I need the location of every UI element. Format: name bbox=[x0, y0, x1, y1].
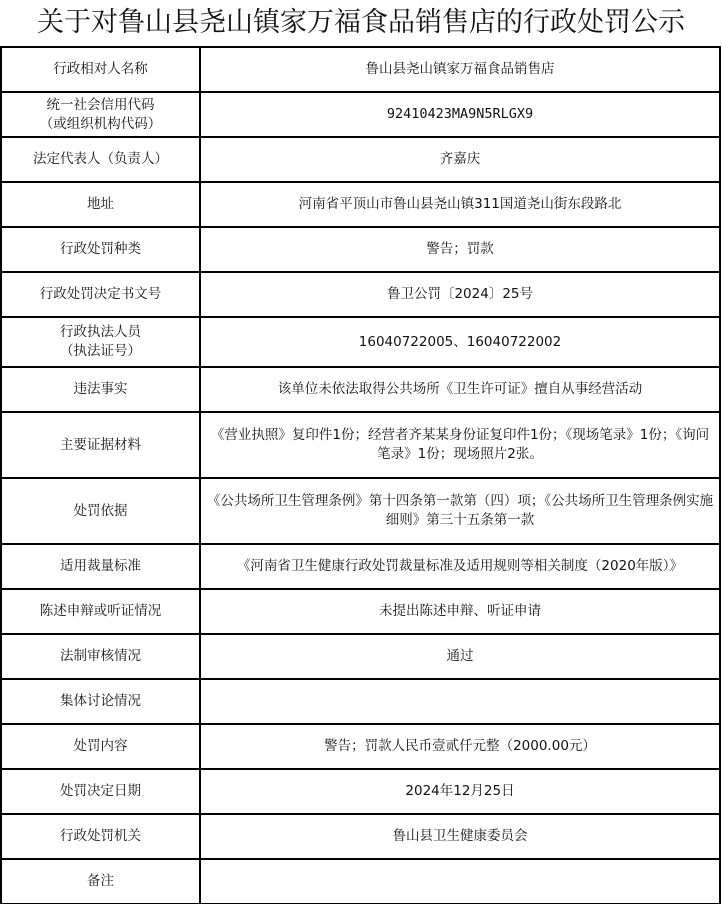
row-value: 河南省平顶山市鲁山县尧山镇311国道尧山街东段路北 bbox=[200, 182, 720, 227]
row-label: 行政处罚机关 bbox=[1, 814, 200, 859]
row-label: 行政处罚决定书文号 bbox=[1, 272, 200, 317]
row-label: 法定代表人（负责人） bbox=[1, 137, 200, 182]
table-row: 法制审核情况 通过 bbox=[1, 634, 720, 679]
table-row: 地址 河南省平顶山市鲁山县尧山镇311国道尧山街东段路北 bbox=[1, 182, 720, 227]
row-label: 行政执法人员 （执法证号） bbox=[1, 317, 200, 367]
row-value bbox=[200, 679, 720, 724]
row-label: 处罚内容 bbox=[1, 724, 200, 769]
row-label: 行政相对人名称 bbox=[1, 47, 200, 92]
row-label: 地址 bbox=[1, 182, 200, 227]
table-row: 处罚依据 《公共场所卫生管理条例》第十四条第一款第（四）项；《公共场所卫生管理条… bbox=[1, 478, 720, 544]
row-label: 备注 bbox=[1, 859, 200, 904]
table-row: 法定代表人（负责人） 齐嘉庆 bbox=[1, 137, 720, 182]
row-value: 警告；罚款 bbox=[200, 227, 720, 272]
row-value: 鲁山县尧山镇家万福食品销售店 bbox=[200, 47, 720, 92]
row-value: 《河南省卫生健康行政处罚裁量标准及适用规则等相关制度（2020年版）》 bbox=[200, 544, 720, 589]
row-label-line: 行政执法人员 bbox=[6, 323, 195, 342]
table-row: 集体讨论情况 bbox=[1, 679, 720, 724]
table-row: 行政处罚机关 鲁山县卫生健康委员会 bbox=[1, 814, 720, 859]
table-row: 适用裁量标准 《河南省卫生健康行政处罚裁量标准及适用规则等相关制度（2020年版… bbox=[1, 544, 720, 589]
page-title: 关于对鲁山县尧山镇家万福食品销售店的行政处罚公示 bbox=[0, 0, 722, 46]
row-label: 集体讨论情况 bbox=[1, 679, 200, 724]
table-row: 行政处罚决定书文号 鲁卫公罚〔2024〕25号 bbox=[1, 272, 720, 317]
row-value: 未提出陈述申辩、听证申请 bbox=[200, 589, 720, 634]
table-row: 处罚决定日期 2024年12月25日 bbox=[1, 769, 720, 814]
table-row: 违法事实 该单位未依法取得公共场所《卫生许可证》擅自从事经营活动 bbox=[1, 367, 720, 412]
row-label: 违法事实 bbox=[1, 367, 200, 412]
row-label-line: 统一社会信用代码 bbox=[6, 96, 195, 115]
table-row: 行政处罚种类 警告；罚款 bbox=[1, 227, 720, 272]
row-value: 16040722005、16040722002 bbox=[200, 317, 720, 367]
row-value: 齐嘉庆 bbox=[200, 137, 720, 182]
penalty-notice-table: 行政相对人名称 鲁山县尧山镇家万福食品销售店 统一社会信用代码 （或组织机构代码… bbox=[0, 46, 721, 904]
row-label: 处罚决定日期 bbox=[1, 769, 200, 814]
row-label: 统一社会信用代码 （或组织机构代码） bbox=[1, 92, 200, 137]
row-value: 鲁卫公罚〔2024〕25号 bbox=[200, 272, 720, 317]
table-row: 备注 bbox=[1, 859, 720, 904]
row-value: 警告；罚款人民币壹贰仟元整（2000.00元） bbox=[200, 724, 720, 769]
table-row: 处罚内容 警告；罚款人民币壹贰仟元整（2000.00元） bbox=[1, 724, 720, 769]
row-label: 主要证据材料 bbox=[1, 412, 200, 478]
row-label-line: （执法证号） bbox=[6, 342, 195, 361]
row-label: 适用裁量标准 bbox=[1, 544, 200, 589]
row-value bbox=[200, 859, 720, 904]
table-row: 行政相对人名称 鲁山县尧山镇家万福食品销售店 bbox=[1, 47, 720, 92]
row-value: 通过 bbox=[200, 634, 720, 679]
row-value: 鲁山县卫生健康委员会 bbox=[200, 814, 720, 859]
row-value: 该单位未依法取得公共场所《卫生许可证》擅自从事经营活动 bbox=[200, 367, 720, 412]
row-label-line: （或组织机构代码） bbox=[6, 115, 195, 134]
row-value: 《营业执照》复印件1份；经营者齐某某身份证复印件1份；《现场笔录》1份；《询问笔… bbox=[200, 412, 720, 478]
row-value: 《公共场所卫生管理条例》第十四条第一款第（四）项；《公共场所卫生管理条例实施细则… bbox=[200, 478, 720, 544]
row-label: 陈述申辩或听证情况 bbox=[1, 589, 200, 634]
table-row: 主要证据材料 《营业执照》复印件1份；经营者齐某某身份证复印件1份；《现场笔录》… bbox=[1, 412, 720, 478]
row-value: 2024年12月25日 bbox=[200, 769, 720, 814]
row-value: 92410423MA9N5RLGX9 bbox=[200, 92, 720, 137]
row-label: 处罚依据 bbox=[1, 478, 200, 544]
table-row: 统一社会信用代码 （或组织机构代码） 92410423MA9N5RLGX9 bbox=[1, 92, 720, 137]
row-label: 行政处罚种类 bbox=[1, 227, 200, 272]
table-row: 行政执法人员 （执法证号） 16040722005、16040722002 bbox=[1, 317, 720, 367]
table-row: 陈述申辩或听证情况 未提出陈述申辩、听证申请 bbox=[1, 589, 720, 634]
row-label: 法制审核情况 bbox=[1, 634, 200, 679]
